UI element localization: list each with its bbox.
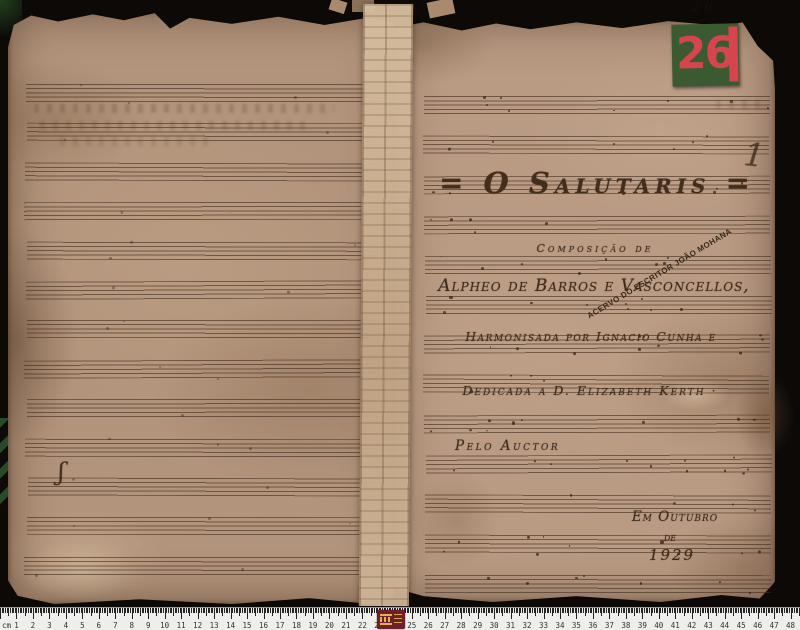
ink-dot <box>80 84 82 86</box>
ink-bleedthrough <box>716 100 768 109</box>
ink-dot <box>692 141 694 143</box>
ink-dot <box>468 429 471 432</box>
ink-dot <box>613 110 615 112</box>
staff-system <box>28 477 384 496</box>
staff-system <box>25 438 381 457</box>
ruler-number: 48 <box>786 621 795 630</box>
date-year: 1929 <box>632 546 712 564</box>
ink-flourish: ʃ <box>58 458 65 486</box>
ruler-number: 44 <box>720 621 729 630</box>
ruler-number: 2 <box>31 621 36 630</box>
ink-dot <box>449 296 452 299</box>
ink-dot <box>683 460 685 462</box>
ruler-number: 46 <box>753 621 762 630</box>
ruler-number: 20 <box>325 621 334 630</box>
ruler-number: 14 <box>226 621 235 630</box>
ink-dot <box>642 421 645 424</box>
ink-dot <box>130 241 133 244</box>
staff-system <box>26 280 382 299</box>
ruler-number: 31 <box>506 621 515 630</box>
ruler-number: 33 <box>539 621 548 630</box>
ink-dot <box>655 262 658 265</box>
ruler-number: 15 <box>243 621 252 630</box>
ruler-number: 35 <box>572 621 581 630</box>
ruler-unit-label: cm <box>2 621 11 630</box>
ruler-number: 7 <box>113 621 118 630</box>
ink-dot <box>440 255 442 257</box>
ruler-number: 42 <box>687 621 696 630</box>
ink-dot <box>481 267 484 270</box>
ruler-number: 30 <box>490 621 499 630</box>
staff-system <box>27 241 383 260</box>
ink-dot <box>761 339 764 342</box>
dedication-line: Dedicada a D. Elizabeth Kerth · <box>430 383 750 398</box>
ink-dot <box>526 582 529 585</box>
ink-dot <box>266 486 269 489</box>
ink-dot <box>757 550 760 553</box>
ruler-number: 41 <box>671 621 680 630</box>
ink-dot <box>747 469 749 471</box>
ruler-number: 9 <box>146 621 151 630</box>
ruler-number: 18 <box>292 621 301 630</box>
ink-dot <box>483 96 486 99</box>
ink-dot <box>217 443 219 445</box>
ink-dot <box>72 478 75 481</box>
ink-dot <box>521 263 523 265</box>
ink-dot <box>673 502 676 505</box>
ink-dot <box>108 256 111 259</box>
ruler-number: 27 <box>440 621 449 630</box>
ruler-number: 25 <box>407 621 416 630</box>
ruler-number: 3 <box>47 621 52 630</box>
date-month: Em Outubro <box>615 509 735 525</box>
ink-dot <box>451 218 454 221</box>
ink-bleedthrough <box>34 104 334 113</box>
ruler-number: 32 <box>523 621 532 630</box>
ink-dot <box>489 347 491 349</box>
ink-dot <box>640 582 643 585</box>
ruler-number: 17 <box>275 621 284 630</box>
ink-dot <box>508 110 511 113</box>
measurement-ruler: cm 1234567891011121314151617181920212223… <box>0 607 800 630</box>
ink-dot <box>443 311 446 314</box>
ink-dot <box>180 414 183 417</box>
staff-system <box>24 359 380 378</box>
ink-dot <box>741 552 743 554</box>
ruler-number: 45 <box>737 621 746 630</box>
ink-dot <box>159 366 161 368</box>
staff-system <box>24 202 380 221</box>
ink-dot <box>512 422 515 425</box>
catalog-label-number: 26 <box>675 25 728 84</box>
ink-dot <box>108 438 110 440</box>
ruler-number: 4 <box>64 621 69 630</box>
ink-dot <box>73 525 75 527</box>
ruler-number: 37 <box>605 621 614 630</box>
ink-dot <box>500 97 502 99</box>
ruler-number: 38 <box>621 621 630 630</box>
ink-dot <box>638 348 641 351</box>
ink-dot <box>487 419 490 422</box>
staff-system <box>26 84 382 102</box>
staff-system <box>424 415 770 434</box>
binding-tape <box>359 4 413 606</box>
ruler-number: 12 <box>193 621 202 630</box>
ink-dot <box>573 352 576 355</box>
staff-system <box>27 320 383 338</box>
ink-dot <box>486 430 488 432</box>
ink-dot <box>741 472 744 475</box>
ink-dot <box>241 568 244 571</box>
staff-system <box>423 135 769 154</box>
ink-dot <box>568 545 570 547</box>
ink-dot <box>349 523 351 525</box>
ink-dot <box>650 308 652 310</box>
date-preposition: de <box>645 531 695 544</box>
ruler-number: 21 <box>341 621 350 630</box>
ink-dot <box>545 222 548 225</box>
ink-dot <box>492 141 494 143</box>
staff-system <box>425 575 771 593</box>
ruler-number: 22 <box>358 621 367 630</box>
ink-dot <box>759 335 762 338</box>
ink-dot <box>732 457 734 459</box>
handwritten-catalog-number: 26. <box>692 0 725 15</box>
ink-dot <box>586 303 588 305</box>
ink-dot <box>542 536 544 538</box>
ink-dot <box>584 575 586 577</box>
ruler-number: 29 <box>473 621 482 630</box>
ink-dot <box>248 447 251 450</box>
ruler-number: 26 <box>424 621 433 630</box>
ruler-number: 43 <box>704 621 713 630</box>
ink-dot <box>754 509 756 511</box>
ink-dot <box>121 211 124 214</box>
ink-dot <box>488 577 490 579</box>
staff-system <box>425 534 771 553</box>
ink-dot <box>35 574 38 577</box>
ink-dot <box>719 581 721 583</box>
ink-dot <box>529 375 531 377</box>
ink-dot <box>106 327 109 330</box>
ink-dot <box>452 469 454 471</box>
torn-paper-bit <box>329 0 348 14</box>
ink-dot <box>516 347 519 350</box>
ruler-number: 39 <box>638 621 647 630</box>
ink-dot <box>287 291 290 294</box>
ruler-number: 10 <box>160 621 169 630</box>
ruler-number: 16 <box>259 621 268 630</box>
ruler-number: 13 <box>210 621 219 630</box>
ruler-number: 5 <box>80 621 85 630</box>
ink-dot <box>657 345 659 347</box>
ruler-number: 36 <box>588 621 597 630</box>
ink-dot <box>326 131 329 134</box>
staff-system <box>25 162 381 181</box>
ink-dot <box>112 287 115 290</box>
composer-line: Alpheo de Barros e Vasconcellos, <box>424 276 764 296</box>
building-icon <box>380 614 392 625</box>
ink-dot <box>626 460 628 462</box>
ruler-number: 11 <box>177 621 186 630</box>
ink-dot <box>294 96 297 99</box>
staff-system <box>27 517 383 535</box>
ink-dot <box>534 460 536 462</box>
ink-dot <box>625 303 627 305</box>
cover-title: = O Salutaris = <box>424 166 770 200</box>
catalog-label: 26 <box>671 23 739 86</box>
ink-dot <box>457 541 460 544</box>
ink-dot <box>667 100 669 102</box>
ink-dot <box>577 271 580 274</box>
ink-dot <box>475 231 477 233</box>
ink-dot <box>442 551 444 553</box>
ink-dot <box>570 494 572 496</box>
ink-dot <box>208 518 211 521</box>
ink-dot <box>469 218 472 221</box>
ink-dot <box>530 301 532 303</box>
ruler-number: 28 <box>457 621 466 630</box>
ink-dot <box>680 307 683 310</box>
ink-dot <box>353 243 355 245</box>
ink-dot <box>431 218 433 220</box>
page-number-mark: 1 <box>742 135 766 175</box>
ink-dot <box>605 258 607 260</box>
ink-bleedthrough <box>60 137 210 146</box>
ruler-number: 47 <box>770 621 779 630</box>
ink-dot <box>448 148 451 151</box>
ink-dot <box>487 104 489 106</box>
harmonization-line: Harmonisada por Ignacio Cunha e <box>426 329 756 344</box>
ink-dot <box>672 148 675 151</box>
ruler-number: 40 <box>654 621 663 630</box>
ink-dot <box>123 321 125 323</box>
ink-dot <box>550 463 552 465</box>
author-line: Pelo Auctor <box>455 438 560 454</box>
ink-dot <box>510 374 512 376</box>
ruler-number: 34 <box>555 621 564 630</box>
ink-dot <box>641 298 643 300</box>
ink-dot <box>542 380 544 382</box>
ink-dot <box>667 256 669 258</box>
staff-system <box>424 215 770 234</box>
ink-dot <box>649 465 651 467</box>
ruler-number: 19 <box>308 621 317 630</box>
ruler-number: 1 <box>14 621 19 630</box>
staff-system <box>425 255 771 273</box>
ink-dot <box>576 577 578 579</box>
ink-dot <box>520 419 522 421</box>
ink-dot <box>685 470 688 473</box>
ink-dot <box>230 212 232 214</box>
ink-bleedthrough <box>40 121 310 130</box>
ink-dot <box>753 418 756 421</box>
archive-logo-badge <box>377 610 405 629</box>
ink-dot <box>627 308 629 310</box>
ink-dot <box>732 503 734 505</box>
torn-paper-bit <box>427 0 456 19</box>
staff-system <box>425 454 771 473</box>
ruler-number: 8 <box>129 621 134 630</box>
ink-dot <box>535 553 538 556</box>
ink-dot <box>527 535 530 538</box>
scanned-manuscript: 26 26. = O Salutaris = Composição de Alp… <box>0 0 800 630</box>
staff-system <box>24 557 380 575</box>
ink-dot <box>723 470 725 472</box>
ink-dot <box>706 135 708 137</box>
archive-logo-text <box>394 614 402 625</box>
ink-dot <box>430 430 433 433</box>
ruler-number: 6 <box>97 621 102 630</box>
staff-system <box>27 399 383 417</box>
ink-dot <box>736 418 739 421</box>
ink-dot <box>613 143 615 145</box>
